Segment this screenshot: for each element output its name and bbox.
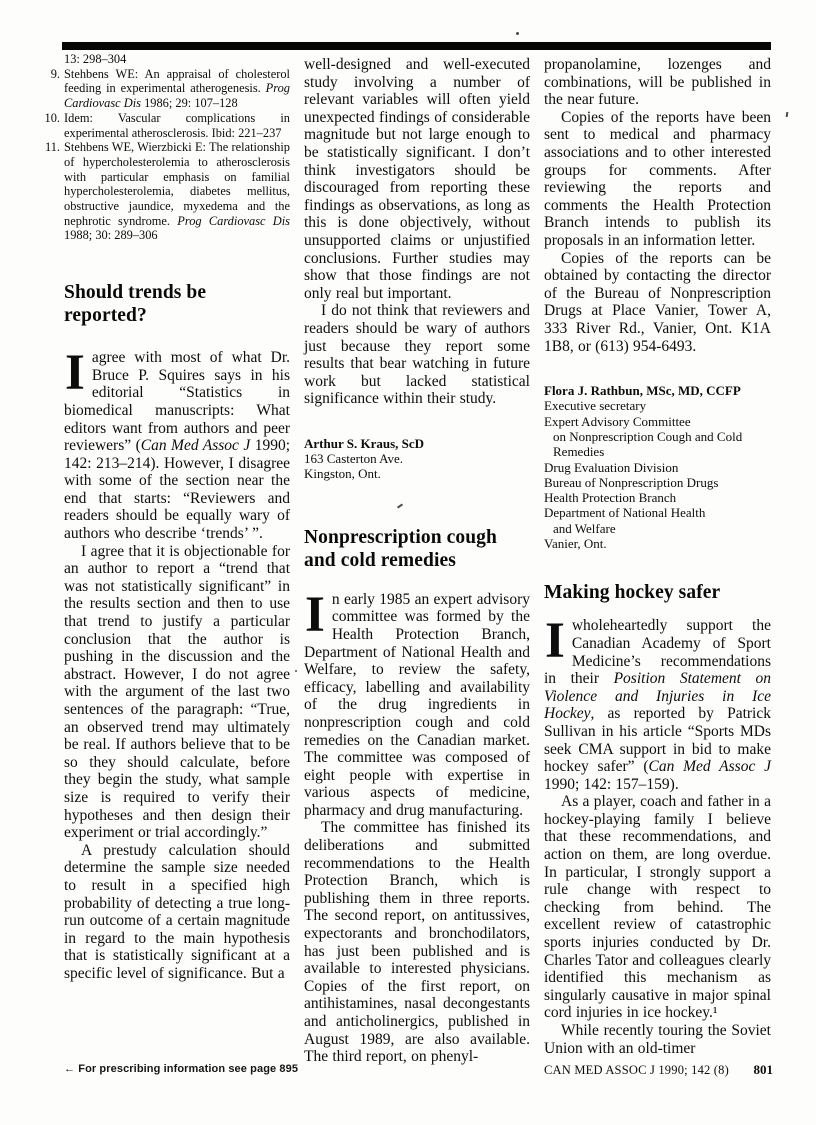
reference-number: 11. [41, 140, 60, 155]
drop-cap: I [545, 620, 565, 669]
signature-block: Arthur S. Kraus, ScD 163 Casterton Ave. … [304, 436, 530, 482]
signature-line: Bureau of Nonprescription Drugs [544, 475, 771, 490]
paragraph-text: n early 1985 an expert advisory committe… [304, 591, 530, 819]
signature-line: 163 Casterton Ave. [304, 451, 530, 466]
signature-line: on Nonprescription Cough and Cold [544, 429, 771, 444]
signature-line: Expert Advisory Committee [544, 414, 771, 429]
signature-line: Drug Evaluation Division [544, 460, 771, 475]
letter-paragraph: I do not think that reviewers and reader… [304, 302, 530, 408]
signature-line: Department of National Health [544, 505, 771, 520]
column-left: 13: 298–304 9. Stehbens WE: An appraisal… [64, 52, 290, 983]
reference-number: 10. [41, 111, 60, 126]
scan-speck [295, 670, 297, 672]
drop-cap: I [305, 594, 325, 643]
signature-line: Kingston, Ont. [304, 466, 530, 481]
footer-citation-row: CAN MED ASSOC J 1990; 142 (8) 801 [544, 1062, 773, 1078]
drop-cap: I [65, 352, 85, 401]
signature-line: Health Protection Branch [544, 490, 771, 505]
letter-paragraph: As a player, coach and father in a hocke… [544, 793, 771, 1022]
letter-paragraph: I agree that it is objectionable for an … [64, 543, 290, 842]
scan-speck [786, 112, 789, 117]
letter-paragraph: While recently touring the Soviet Union … [544, 1022, 771, 1057]
letter-paragraph: Copies of the reports have been sent to … [544, 109, 771, 250]
letter-title-hockey: Making hockey safer [544, 581, 771, 604]
signature-block: Flora J. Rathbun, MSc, MD, CCFP Executiv… [544, 383, 771, 551]
signature-line: Executive secretary [544, 398, 771, 413]
top-rule [62, 42, 771, 50]
signature-line: Vanier, Ont. [544, 536, 771, 551]
signature-name: Arthur S. Kraus, ScD [304, 436, 530, 451]
reference-text: Stehbens WE, Wierzbicki E: The relations… [64, 140, 290, 242]
paragraph-text: agree with most of what Dr. Bruce P. Squ… [64, 349, 290, 542]
reference-text: Idem: Vascular complications in experime… [64, 111, 290, 140]
column-center: well-designed and well-executed study in… [304, 56, 530, 1066]
column-right: propanolamine, lozenges and combinations… [544, 56, 771, 1057]
reference-continuation: 13: 298–304 [64, 52, 290, 67]
reference-item: 11. Stehbens WE, Wierzbicki E: The relat… [64, 140, 290, 243]
signature-line: Remedies [544, 444, 771, 459]
scan-speck [516, 32, 519, 35]
signature-name: Flora J. Rathbun, MSc, MD, CCFP [544, 383, 771, 398]
references-list: 13: 298–304 9. Stehbens WE: An appraisal… [64, 52, 290, 243]
letter-title-cough: Nonprescription cough and cold remedies [304, 526, 530, 572]
footer-note: ← For prescribing information see page 8… [64, 1063, 298, 1075]
reference-item: 9. Stehbens WE: An appraisal of choleste… [64, 67, 290, 111]
letter-paragraph: The committee has finished its deliberat… [304, 819, 530, 1065]
page-number: 801 [754, 1062, 774, 1078]
paragraph-text: wholeheartedly support the Canadian Acad… [544, 617, 771, 792]
letter-paragraph: Iagree with most of what Dr. Bruce P. Sq… [64, 349, 290, 543]
letter-title-trends: Should trends be reported? [64, 281, 290, 327]
reference-item: 10. Idem: Vascular complications in expe… [64, 111, 290, 140]
letter-paragraph: well-designed and well-executed study in… [304, 56, 530, 302]
reference-number: 9. [41, 67, 60, 82]
journal-citation: CAN MED ASSOC J 1990; 142 (8) [544, 1063, 729, 1078]
letter-paragraph: In early 1985 an expert advisory committ… [304, 591, 530, 820]
letter-paragraph: Copies of the reports can be obtained by… [544, 250, 771, 356]
signature-line: and Welfare [544, 521, 771, 536]
letter-paragraph: Iwholeheartedly support the Canadian Aca… [544, 617, 771, 793]
letter-paragraph: A prestudy calculation should determine … [64, 842, 290, 983]
reference-text: Stehbens WE: An appraisal of cholesterol… [64, 67, 290, 110]
letter-paragraph: propanolamine, lozenges and combinations… [544, 56, 771, 109]
